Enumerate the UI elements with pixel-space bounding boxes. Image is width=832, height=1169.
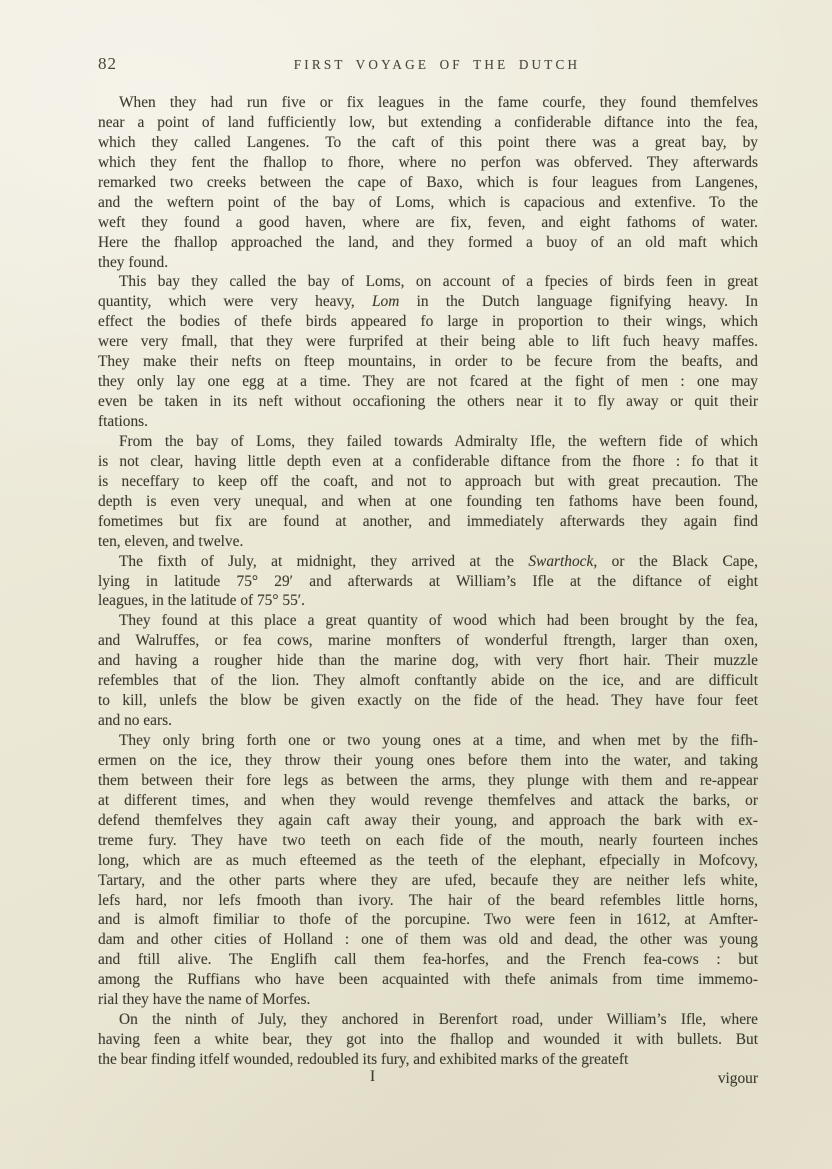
page-footer: I vigour bbox=[98, 1068, 758, 1090]
paragraph: They found at this place a great quantit… bbox=[98, 611, 758, 731]
text-line: The fixth of July, at midnight, they arr… bbox=[98, 552, 758, 572]
text-line: They only bring forth one or two young o… bbox=[98, 731, 758, 751]
text-line: at different times, and when they would … bbox=[98, 791, 758, 811]
paragraph: They only bring forth one or two young o… bbox=[98, 731, 758, 1010]
text-line: were very fmall, that they were furprife… bbox=[98, 332, 758, 352]
text-line: This bay they called the bay of Loms, on… bbox=[98, 272, 758, 292]
text-line: leagues, in the latitude of 75° 55′. bbox=[98, 591, 758, 611]
text-line: near a point of land fufficiently low, b… bbox=[98, 113, 758, 133]
signature-mark: I bbox=[370, 1068, 376, 1086]
text-line: to kill, unlefs the blow be given exactl… bbox=[98, 691, 758, 711]
text-line: and the weftern point of the bay of Loms… bbox=[98, 193, 758, 213]
text-line: is not clear, having little depth even a… bbox=[98, 452, 758, 472]
text-line: ermen on the ice, they throw their young… bbox=[98, 751, 758, 771]
text-line: having feen a white bear, they got into … bbox=[98, 1030, 758, 1050]
text-line: ftations. bbox=[98, 412, 758, 432]
text-line: is neceffary to keep off the coaft, and … bbox=[98, 472, 758, 492]
paragraph: This bay they called the bay of Loms, on… bbox=[98, 272, 758, 432]
text-line: long, which are as much efteemed as the … bbox=[98, 851, 758, 871]
text-line: ten, eleven, and twelve. bbox=[98, 532, 758, 552]
text-line: defend themfelves they again caft away t… bbox=[98, 811, 758, 831]
text-line: which they called Langenes. To the caft … bbox=[98, 133, 758, 153]
text-line: effect the bodies of thefe birds appeare… bbox=[98, 312, 758, 332]
page-header: 82 FIRST VOYAGE OF THE DUTCH bbox=[98, 54, 758, 76]
text-line: they found. bbox=[98, 253, 758, 273]
paragraph: When they had run five or fix leagues in… bbox=[98, 93, 758, 272]
text-line: Tartary, and the other parts where they … bbox=[98, 871, 758, 891]
text-line: even be taken in its neft without occafi… bbox=[98, 392, 758, 412]
text-line: rial they have the name of Morfes. bbox=[98, 990, 758, 1010]
body-text: When they had run five or fix leagues in… bbox=[98, 93, 758, 1070]
text-line: remarked two creeks between the cape of … bbox=[98, 173, 758, 193]
text-line: dam and other cities of Holland : one of… bbox=[98, 930, 758, 950]
catchword: vigour bbox=[718, 1070, 758, 1088]
text-line: They make their nefts on fteep mountains… bbox=[98, 352, 758, 372]
text-line: and no ears. bbox=[98, 711, 758, 731]
text-line: among the Ruffians who have been acquain… bbox=[98, 970, 758, 990]
text-line: quantity, which were very heavy, Lom in … bbox=[98, 292, 758, 312]
text-line: On the ninth of July, they anchored in B… bbox=[98, 1010, 758, 1030]
text-line: weft they found a good haven, where are … bbox=[98, 213, 758, 233]
book-page-scan: 82 FIRST VOYAGE OF THE DUTCH When they h… bbox=[0, 0, 832, 1169]
text-line: they only lay one egg at a time. They ar… bbox=[98, 372, 758, 392]
text-line: which they fent the fhallop to fhore, wh… bbox=[98, 153, 758, 173]
running-header: FIRST VOYAGE OF THE DUTCH bbox=[98, 57, 776, 73]
text-line: the bear finding itfelf wounded, redoubl… bbox=[98, 1050, 758, 1070]
paragraph: From the bay of Loms, they failed toward… bbox=[98, 432, 758, 552]
text-line: They found at this place a great quantit… bbox=[98, 611, 758, 631]
text-line: treme fury. They have two teeth on each … bbox=[98, 831, 758, 851]
text-line: them between their fore legs as between … bbox=[98, 771, 758, 791]
text-line: refembles that of the lion. They almoft … bbox=[98, 671, 758, 691]
text-line: and is almoft fimiliar to thofe of the p… bbox=[98, 910, 758, 930]
text-line: depth is even very unequal, and when at … bbox=[98, 492, 758, 512]
text-line: lying in latitude 75° 29′ and afterwards… bbox=[98, 572, 758, 592]
paragraph: On the ninth of July, they anchored in B… bbox=[98, 1010, 758, 1070]
text-line: and having a rougher hide than the marin… bbox=[98, 651, 758, 671]
paragraph: The fixth of July, at midnight, they arr… bbox=[98, 552, 758, 612]
text-line: fometimes but fix are found at another, … bbox=[98, 512, 758, 532]
text-line: From the bay of Loms, they failed toward… bbox=[98, 432, 758, 452]
text-line: and ftill alive. The Englifh call them f… bbox=[98, 950, 758, 970]
text-line: lefs hard, nor lefs fmooth than ivory. T… bbox=[98, 891, 758, 911]
text-line: Here the fhallop approached the land, an… bbox=[98, 233, 758, 253]
text-line: When they had run five or fix leagues in… bbox=[98, 93, 758, 113]
text-line: and Walruffes, or fea cows, marine monft… bbox=[98, 631, 758, 651]
